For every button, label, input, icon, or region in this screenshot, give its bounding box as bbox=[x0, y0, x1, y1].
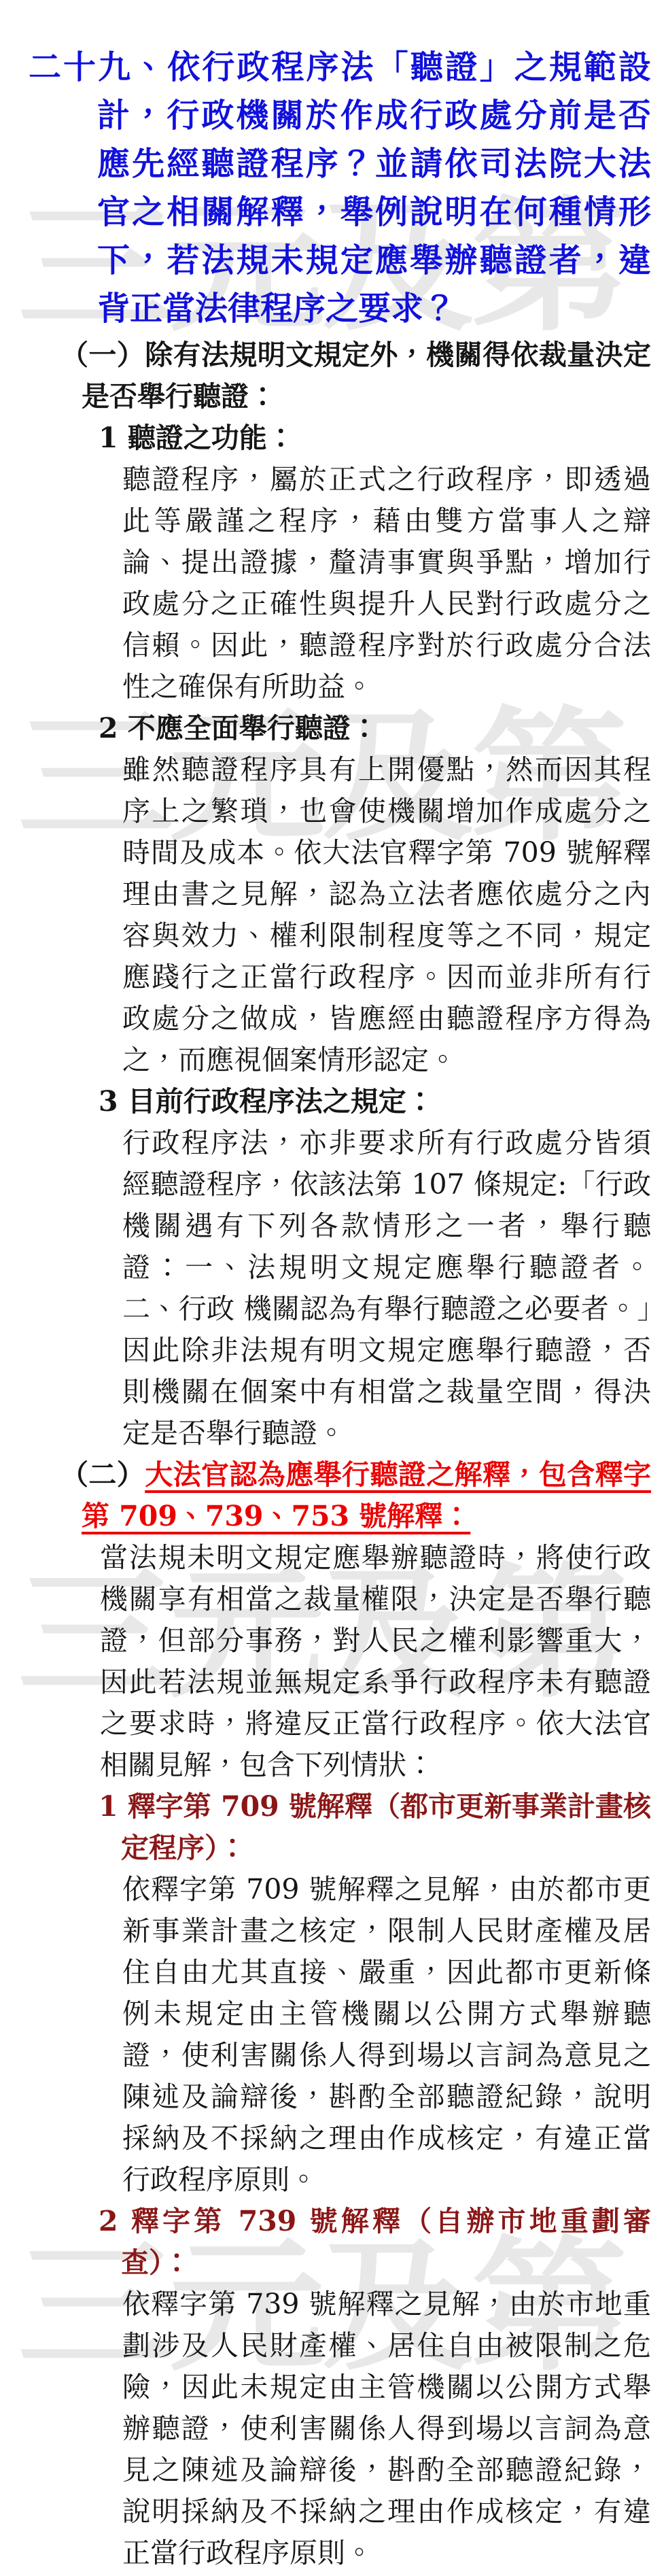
section-2-marker: （二） bbox=[60, 1458, 145, 1491]
section-2-item-1-heading: 1 釋字第 709 號解釋（都市更新事業計畫核定程序）： bbox=[121, 1786, 651, 1869]
section-2-item-2-heading: 2 釋字第 739 號解釋（自辦市地重劃審查）： bbox=[121, 2201, 651, 2284]
section-1-item-3-body: 行政程序法，亦非要求所有行政處分皆須經聽證程序，依該法第 107 條規定:「行政… bbox=[122, 1122, 651, 1454]
question-title: 二十九、依行政程序法「聽證」之規範設計，行政機關於作成行政處分前是否應先經聽證程… bbox=[97, 44, 651, 333]
section-2-item-1-body: 依釋字第 709 號解釋之見解，由於都市更新事業計畫之核定，限制人民財產權及居住… bbox=[122, 1869, 651, 2201]
section-2-item-2-body: 依釋字第 739 號解釋之見解，由於市地重劃涉及人民財產權、居住自由被限制之危險… bbox=[122, 2284, 651, 2574]
section-1-heading: （一）除有法規明文規定外，機關得依裁量決定是否舉行聽證： bbox=[82, 334, 651, 417]
document-page: 三元及第 三元及第 三元及第 三元及第 二十九、依行政程序法「聽證」之規範設計，… bbox=[0, 0, 666, 2576]
document-content: 二十九、依行政程序法「聽證」之規範設計，行政機關於作成行政處分前是否應先經聽證程… bbox=[0, 0, 666, 2574]
section-1-item-2-heading: 2 不應全面舉行聽證： bbox=[121, 708, 651, 749]
section-1-item-1-heading: 1 聽證之功能： bbox=[121, 417, 651, 459]
section-1-item-1-body: 聽證程序，屬於正式之行政程序，即透過此等嚴謹之程序，藉由雙方當事人之辯論、提出證… bbox=[122, 459, 651, 708]
section-2-heading: （二）大法官認為應舉行聽證之解釋，包含釋字第 709、739、753 號解釋： bbox=[82, 1454, 651, 1537]
section-1-item-2-body: 雖然聽證程序具有上開優點，然而因其程序上之繁瑣，也會使機關增加作成處分之時間及成… bbox=[122, 749, 651, 1081]
section-2-intro: 當法規未明文規定應舉辦聽證時，將使行政機關享有相當之裁量權限，決定是否舉行聽證，… bbox=[100, 1537, 651, 1786]
section-1-item-3-heading: 3 目前行政程序法之規定： bbox=[121, 1081, 651, 1122]
section-2-heading-text: 大法官認為應舉行聽證之解釋，包含釋字第 709、739、753 號解釋： bbox=[82, 1458, 651, 1532]
